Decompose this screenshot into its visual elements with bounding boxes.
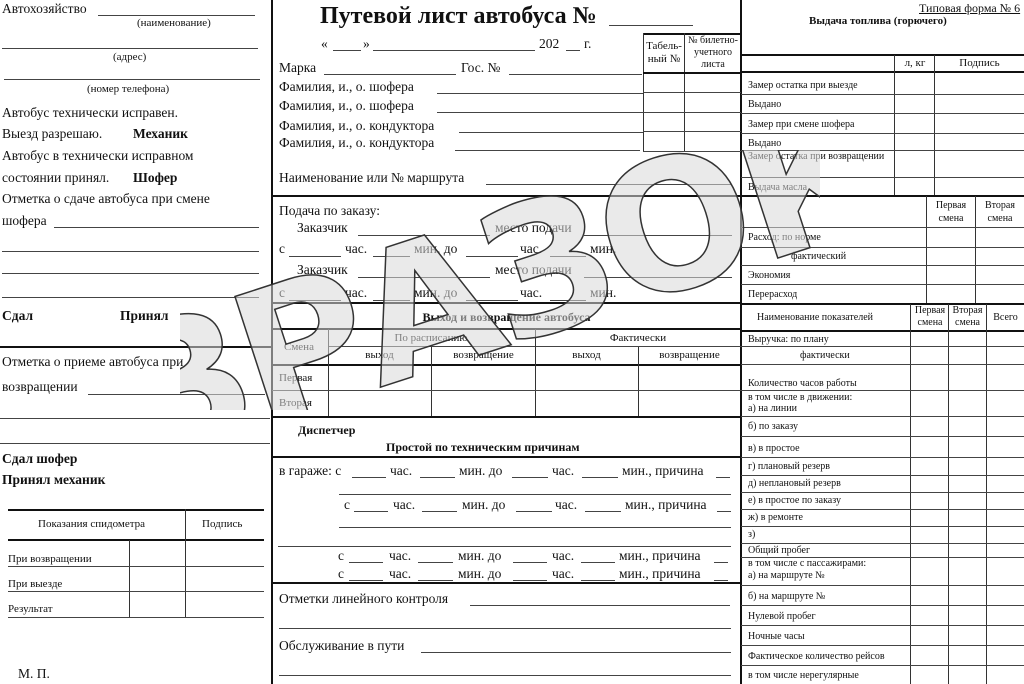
company-label: Автохозяйство bbox=[2, 1, 87, 17]
return-line-1[interactable] bbox=[0, 418, 270, 419]
personnel-row-line bbox=[643, 151, 741, 152]
date-month-field[interactable] bbox=[373, 50, 535, 51]
order1-from-hour[interactable] bbox=[289, 256, 341, 257]
exit-allowed-text: Выезд разрешаю. bbox=[2, 126, 102, 142]
driver1-label: Фамилия, и., о. шофера bbox=[279, 79, 414, 95]
actual-out: выход bbox=[535, 349, 638, 361]
actual-header: Фактически bbox=[535, 332, 741, 344]
consumption-row-line bbox=[741, 265, 1024, 266]
customer1-label: Заказчик bbox=[297, 220, 348, 236]
personnel-row-line bbox=[643, 131, 741, 132]
dispatcher-label: Диспетчер bbox=[298, 423, 355, 438]
indicators-total-header: Всего bbox=[987, 312, 1024, 323]
center-divider-1 bbox=[272, 195, 741, 197]
indicator-row: б) по заказу bbox=[748, 421, 798, 432]
watermark-text: ЗРАЗОК bbox=[180, 150, 820, 410]
speedometer-header-border bbox=[8, 539, 264, 541]
indicators-vline bbox=[948, 304, 949, 684]
downtime4-from-hour[interactable] bbox=[349, 580, 383, 581]
indicator-row: е) в простое по заказу bbox=[748, 495, 841, 506]
driver2-label: Фамилия, и., о. шофера bbox=[279, 98, 414, 114]
service-line-2[interactable] bbox=[279, 675, 731, 676]
downtime2-from: с bbox=[344, 497, 350, 513]
indicator-row: д) неплановый резерв bbox=[748, 478, 841, 489]
downtime1-hour: час. bbox=[390, 463, 412, 479]
indicator-row-line bbox=[741, 492, 1024, 493]
fuel-row-line bbox=[741, 94, 1024, 95]
indicator-row: г) плановый резерв bbox=[748, 461, 830, 472]
speedometer-row-return: При возвращении bbox=[8, 553, 92, 565]
accepted-mechanic-label: Принял механик bbox=[2, 472, 105, 488]
indicator-row: Фактическое количество рейсов bbox=[748, 651, 885, 662]
fuel-table-bottom bbox=[741, 195, 1024, 197]
downtime2-from-hour[interactable] bbox=[354, 511, 388, 512]
speedometer-signature-header: Подпись bbox=[202, 518, 242, 530]
speedometer-row-exit: При выезде bbox=[8, 578, 62, 590]
indicator-row-line bbox=[741, 436, 1024, 437]
customer2-label: Заказчик bbox=[297, 262, 348, 278]
order1-from: с bbox=[279, 241, 285, 257]
indicator-row-line bbox=[741, 526, 1024, 527]
consumption-row-line bbox=[741, 247, 1024, 248]
order2-from: с bbox=[279, 285, 285, 301]
indicator-row-line bbox=[741, 665, 1024, 666]
indicator-row-line bbox=[741, 457, 1024, 458]
order2-min-to: мин. до bbox=[414, 285, 457, 301]
ticket-header-1: № билетно- bbox=[685, 35, 741, 46]
downtime4-to-min[interactable] bbox=[581, 580, 615, 581]
consumption-row: фактический bbox=[791, 251, 846, 262]
route-label: Наименование или № маршрута bbox=[279, 170, 464, 186]
downtime2-min-reason: мин., причина bbox=[625, 497, 707, 513]
place2-field[interactable] bbox=[584, 277, 732, 278]
actual-back: возвращение bbox=[638, 349, 741, 361]
bus-ok-text: Автобус технически исправен. bbox=[2, 105, 178, 121]
garage-from: в гараже: с bbox=[279, 463, 341, 479]
conductor1-label: Фамилия, и., о. кондуктора bbox=[279, 118, 434, 134]
customer2-field[interactable] bbox=[358, 277, 490, 278]
line-control-field[interactable] bbox=[470, 605, 730, 606]
downtime4-to-hour[interactable] bbox=[513, 580, 547, 581]
order1-to-min[interactable] bbox=[550, 256, 586, 257]
service-label: Обслуживание в пути bbox=[279, 638, 404, 654]
page-title: Путевой лист автобуса № bbox=[320, 3, 597, 30]
scheduled-out: выход bbox=[328, 349, 431, 361]
center-divider-5 bbox=[272, 582, 741, 584]
downtime4-from: с bbox=[338, 566, 344, 582]
indicator-row: Ночные часы bbox=[748, 631, 805, 642]
downtime3-min-to: мин. до bbox=[458, 548, 501, 564]
speedometer-vline-2 bbox=[185, 509, 186, 617]
indicator-row: б) на маршруте № bbox=[748, 591, 825, 602]
downtime-title: Простой по техническим причинам bbox=[386, 440, 580, 455]
shift-header: Смена bbox=[284, 341, 314, 353]
fuel-row-line bbox=[741, 177, 1024, 178]
personnel-row-line bbox=[643, 112, 741, 113]
route-field[interactable] bbox=[486, 184, 731, 185]
date-open-quote: « bbox=[321, 36, 328, 52]
handover-line-2[interactable] bbox=[2, 273, 259, 274]
downtime3-from-hour[interactable] bbox=[349, 562, 383, 563]
speedometer-row-line bbox=[8, 566, 264, 567]
downtime2-min-to: мин. до bbox=[462, 497, 505, 513]
speedometer-header: Показания спидометра bbox=[38, 518, 145, 530]
indicator-row-line bbox=[741, 416, 1024, 417]
place1-label: место подачи bbox=[495, 220, 572, 236]
indicator-row: з) bbox=[748, 529, 755, 540]
center-divider-3 bbox=[272, 416, 741, 418]
fuel-table-top bbox=[741, 54, 1024, 56]
downtime3-to-hour[interactable] bbox=[513, 562, 547, 563]
indicator-row: Выручка: по плану bbox=[748, 334, 829, 345]
indicator-row-line bbox=[741, 605, 1024, 606]
consumption-row: Экономия bbox=[748, 270, 790, 281]
indicator-row: а) на линии bbox=[748, 403, 797, 414]
downtime4-from-min[interactable] bbox=[418, 580, 453, 581]
downtime3-from: с bbox=[338, 548, 344, 564]
plate-field[interactable] bbox=[509, 74, 642, 75]
consumption-first-header: Первая смена bbox=[927, 199, 975, 225]
order1-to-hour-label: час. bbox=[520, 241, 542, 257]
consumption-row: Перерасход bbox=[748, 289, 797, 300]
downtime1-from-hour[interactable] bbox=[352, 477, 386, 478]
indicator-row: в) в простое bbox=[748, 443, 800, 454]
line-control-label: Отметки линейного контроля bbox=[279, 591, 448, 607]
year-suffix: г. bbox=[584, 36, 591, 52]
personnel-row-line bbox=[643, 92, 741, 93]
indicator-row-line bbox=[741, 543, 1024, 544]
year-label: 202 bbox=[539, 36, 559, 52]
downtime1-to-hour[interactable] bbox=[512, 477, 548, 478]
mechanic-label: Механик bbox=[133, 126, 188, 142]
downtime1-to-min[interactable] bbox=[582, 477, 618, 478]
consumption-row-line bbox=[741, 284, 1024, 285]
left-section-divider bbox=[0, 346, 272, 348]
indicator-row-line bbox=[741, 475, 1024, 476]
departure-vline bbox=[638, 347, 639, 416]
order2-hour: час. bbox=[345, 285, 367, 301]
departure-title: Выход и возвращение автобуса bbox=[272, 310, 741, 325]
speedometer-top-border bbox=[8, 509, 264, 511]
downtime3-reason[interactable] bbox=[714, 562, 728, 563]
brand-field[interactable] bbox=[324, 74, 456, 75]
driver1-field[interactable] bbox=[437, 93, 643, 94]
company-name-field[interactable] bbox=[98, 15, 255, 16]
fuel-vline bbox=[894, 55, 895, 196]
personnel-table-header-border bbox=[643, 72, 741, 74]
handed-label: Сдал bbox=[2, 308, 33, 324]
fuel-row-line bbox=[741, 133, 1024, 134]
indicator-row: в том числе в движении: bbox=[748, 392, 852, 403]
speedometer-row-result: Результат bbox=[8, 603, 53, 615]
departure-row-line bbox=[272, 390, 741, 391]
center-divider-2 bbox=[272, 302, 741, 304]
downtime1-hour2: час. bbox=[552, 463, 574, 479]
scheduled-header: По расписанию bbox=[328, 332, 534, 344]
order2-from-hour[interactable] bbox=[289, 300, 341, 301]
ticket-header-3: листа bbox=[685, 59, 741, 70]
handover-line-1[interactable] bbox=[2, 251, 259, 252]
fuel-title: Выдача топлива (горючего) bbox=[809, 15, 947, 27]
downtime-extra-line[interactable] bbox=[278, 546, 731, 547]
indicators-name-header: Наименование показателей bbox=[757, 312, 873, 323]
order1-min: мин. bbox=[590, 241, 616, 257]
downtime2-from-min[interactable] bbox=[422, 511, 457, 512]
departure-title-border bbox=[272, 328, 741, 330]
downtime4-hour: час. bbox=[389, 566, 411, 582]
downtime4-hour2: час. bbox=[552, 566, 574, 582]
fuel-vline bbox=[934, 55, 935, 196]
center-divider-4 bbox=[272, 456, 741, 458]
downtime4-min-to: мин. до bbox=[458, 566, 501, 582]
shift-first: Первая bbox=[279, 372, 312, 384]
date-day-field[interactable] bbox=[333, 50, 361, 51]
phone-field[interactable] bbox=[4, 79, 260, 80]
accepted-label: Принял bbox=[120, 308, 168, 324]
fuel-unit-header: л, кг bbox=[895, 57, 935, 69]
indicator-row: ж) в ремонте bbox=[748, 512, 803, 523]
fuel-row: Замер при смене шофера bbox=[748, 119, 854, 130]
handed-driver-label: Сдал шофер bbox=[2, 451, 77, 467]
downtime1-from-min[interactable] bbox=[420, 477, 455, 478]
handover-line-3[interactable] bbox=[2, 297, 259, 298]
indicator-row: фактически bbox=[800, 350, 850, 361]
order-title: Подача по заказу: bbox=[279, 203, 380, 219]
downtime3-hour: час. bbox=[389, 548, 411, 564]
return-field[interactable] bbox=[88, 394, 265, 395]
downtime2-hour2: час. bbox=[555, 497, 577, 513]
phone-caption: (номер телефона) bbox=[87, 83, 169, 95]
downtime1-reason[interactable] bbox=[716, 477, 730, 478]
indicator-row: Общий пробег bbox=[748, 545, 810, 556]
downtime2-hour: час. bbox=[393, 497, 415, 513]
order1-from-min[interactable] bbox=[373, 256, 410, 257]
place2-label: место подачи bbox=[495, 262, 572, 278]
indicator-row-line bbox=[741, 346, 1024, 347]
indicator-row: в том числе с пассажирами: bbox=[748, 558, 866, 569]
indicator-row-line bbox=[741, 364, 1024, 365]
indicators-vline bbox=[910, 304, 911, 684]
indicator-row: а) на маршруте № bbox=[748, 570, 825, 581]
stamp-label: М. П. bbox=[18, 666, 50, 682]
consumption-second-header: Вторая смена bbox=[976, 199, 1024, 225]
date-close-quote: » bbox=[363, 36, 370, 52]
fuel-header-border bbox=[741, 71, 1024, 73]
downtime2-reason-line[interactable] bbox=[339, 527, 731, 528]
scheduled-back: возвращение bbox=[432, 349, 535, 361]
return-line-2[interactable] bbox=[0, 443, 270, 444]
downtime4-reason[interactable] bbox=[714, 580, 728, 581]
conductor2-label: Фамилия, и., о. кондуктора bbox=[279, 135, 434, 151]
shift-second: Вторая bbox=[279, 397, 312, 409]
order2-min: мин. bbox=[590, 285, 616, 301]
indicator-row-line bbox=[741, 509, 1024, 510]
downtime1-min-to: мин. до bbox=[459, 463, 502, 479]
indicator-row-line bbox=[741, 645, 1024, 646]
departure-header-border bbox=[272, 364, 741, 366]
driver-label: Шофер bbox=[133, 170, 177, 186]
order1-hour: час. bbox=[345, 241, 367, 257]
consumption-row: Расход: по норме bbox=[748, 232, 821, 243]
order2-to-min[interactable] bbox=[550, 300, 586, 301]
place1-field[interactable] bbox=[584, 235, 732, 236]
speedometer-vline-1 bbox=[129, 540, 130, 617]
order2-to-hour[interactable] bbox=[466, 300, 518, 301]
fuel-row-line bbox=[741, 113, 1024, 114]
downtime3-from-min[interactable] bbox=[418, 562, 453, 563]
handover-driver-field[interactable] bbox=[54, 227, 259, 228]
downtime3-min-reason: мин., причина bbox=[619, 548, 701, 564]
plate-label: Гос. № bbox=[461, 60, 500, 76]
customer1-field[interactable] bbox=[358, 235, 490, 236]
downtime3-to-min[interactable] bbox=[581, 562, 615, 563]
speedometer-row-line bbox=[8, 591, 264, 592]
indicator-row-line bbox=[741, 625, 1024, 626]
waybill-number-field[interactable] bbox=[609, 25, 693, 26]
speedometer-row-line bbox=[8, 617, 264, 618]
fuel-row: Выдано bbox=[748, 99, 781, 110]
downtime4-min-reason: мин., причина bbox=[619, 566, 701, 582]
downtime3-hour2: час. bbox=[552, 548, 574, 564]
downtime2-to-hour[interactable] bbox=[516, 511, 552, 512]
address-caption: (адрес) bbox=[113, 51, 146, 63]
bus-accepted-text-2: состоянии принял. bbox=[2, 170, 109, 186]
tab-header-1: Табель- bbox=[644, 40, 684, 52]
sample-watermark: ЗРАЗОК bbox=[180, 150, 820, 410]
tab-header-2: ный № bbox=[644, 53, 684, 65]
indicators-second-header: Вторая смена bbox=[949, 305, 986, 329]
handover-driver-label: шофера bbox=[2, 213, 47, 229]
name-caption: (наименование) bbox=[137, 17, 211, 29]
indicators-vline bbox=[986, 304, 987, 684]
downtime1-min-reason: мин., причина bbox=[622, 463, 704, 479]
departure-vline bbox=[328, 329, 329, 416]
indicator-row: в том числе нерегулярные bbox=[748, 670, 859, 681]
downtime1-reason-line[interactable] bbox=[339, 494, 731, 495]
indicator-row-line bbox=[741, 585, 1024, 586]
indicator-row: Нулевой пробег bbox=[748, 611, 816, 622]
form-number: Типовая форма № 6 bbox=[919, 1, 1020, 16]
fuel-row: Замер остатка при возвращении bbox=[748, 151, 888, 163]
handover-note: Отметка о сдаче автобуса при смене bbox=[2, 191, 210, 207]
fuel-row: Выдача масла bbox=[748, 182, 807, 193]
order2-from-min[interactable] bbox=[373, 300, 410, 301]
indicator-row-line bbox=[741, 390, 1024, 391]
fuel-row: Замер остатка при выезде bbox=[748, 80, 858, 91]
consumption-header-border bbox=[741, 227, 1024, 228]
order1-to-hour[interactable] bbox=[466, 256, 518, 257]
indicator-row: Количество часов работы bbox=[748, 378, 857, 389]
indicators-first-header: Первая смена bbox=[911, 305, 949, 329]
departure-vline bbox=[431, 347, 432, 416]
order2-to-hour-label: час. bbox=[520, 285, 542, 301]
order1-min-to: мин. до bbox=[414, 241, 457, 257]
bus-accepted-text-1: Автобус в технически исправном bbox=[2, 148, 193, 164]
conductor2-field[interactable] bbox=[455, 150, 640, 151]
brand-label: Марка bbox=[279, 60, 316, 76]
line-control-line-2[interactable] bbox=[279, 628, 731, 629]
indicators-header-border bbox=[741, 330, 1024, 332]
conductor1-field[interactable] bbox=[459, 132, 643, 133]
driver2-field[interactable] bbox=[437, 112, 643, 113]
departure-vline bbox=[535, 329, 536, 416]
downtime2-reason[interactable] bbox=[717, 511, 731, 512]
return-note-2: возвращении bbox=[2, 379, 78, 395]
return-note-1: Отметка о приеме автобуса при bbox=[2, 354, 183, 370]
address-field[interactable] bbox=[2, 48, 258, 49]
fuel-row: Выдано bbox=[748, 138, 781, 149]
service-field[interactable] bbox=[421, 652, 731, 653]
fuel-signature-header: Подпись bbox=[935, 57, 1024, 69]
year-field[interactable] bbox=[566, 50, 580, 51]
ticket-header-2: учетного bbox=[685, 47, 741, 58]
downtime2-to-min[interactable] bbox=[585, 511, 621, 512]
